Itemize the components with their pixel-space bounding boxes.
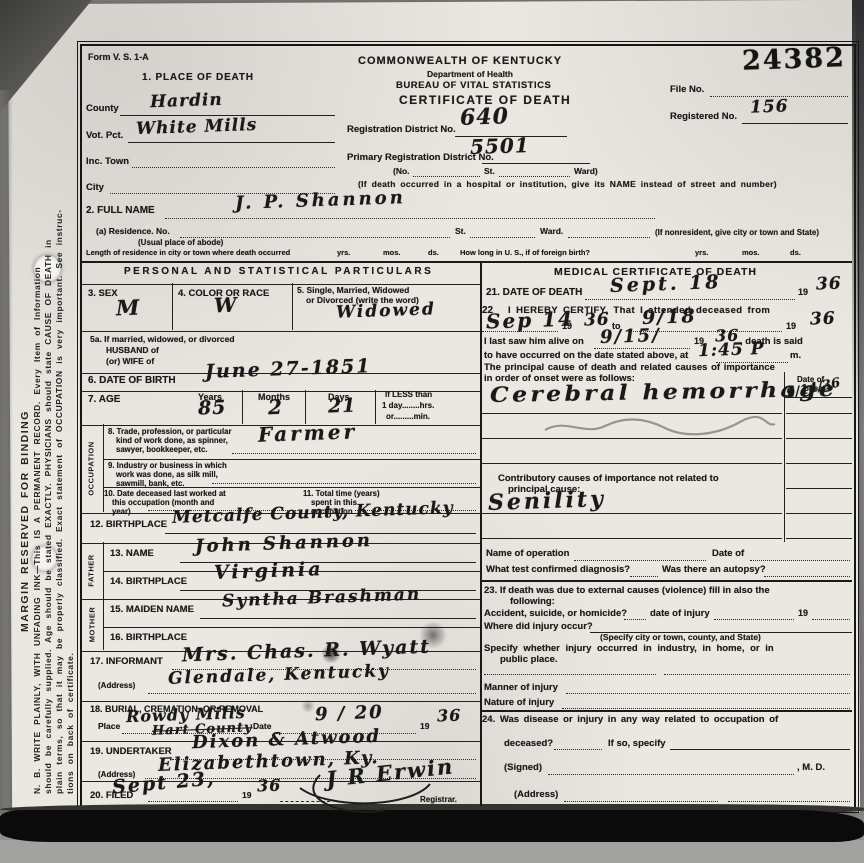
marital-label: 5. Single, Married, Widowed xyxy=(297,285,409,295)
trade-label3: sawyer, bookkeeper, etc. xyxy=(116,445,207,454)
age-years-value: 85 xyxy=(198,397,227,420)
rule xyxy=(728,800,850,802)
rule xyxy=(212,482,476,484)
meridiem-label: m. xyxy=(790,350,801,361)
rule xyxy=(484,673,656,675)
principal-cause-label1: The principal cause of death and related… xyxy=(484,362,775,373)
precinct-value: White Mills xyxy=(136,115,258,139)
age-less-label3: or.........min. xyxy=(386,412,430,421)
time-of-death-value: 1:45 P xyxy=(698,339,765,361)
rule xyxy=(566,692,850,694)
hospital-note: (If death occurred in a hospital or inst… xyxy=(358,179,777,189)
rule xyxy=(103,598,105,650)
rule xyxy=(480,709,852,712)
rule xyxy=(750,559,850,561)
rule xyxy=(413,175,480,177)
margin-nb-line: should be carefully supplied. Age should… xyxy=(43,67,54,802)
father-name-label: 13. NAME xyxy=(110,548,154,559)
industry-label3: sawmill, bank, etc. xyxy=(116,479,184,488)
rule xyxy=(554,748,602,750)
to-year-prefix: 19 xyxy=(786,321,796,331)
rule xyxy=(128,141,335,143)
section-divider xyxy=(80,260,852,263)
signed-label: (Signed) xyxy=(504,762,542,773)
manner-of-injury-label: Manner of injury xyxy=(484,682,558,693)
test-label: What test confirmed diagnosis? xyxy=(486,564,630,575)
trade-label2: kind of work done, as spinner, xyxy=(116,436,228,445)
married-label1: 5a. If married, widowed, or divorced xyxy=(90,334,235,344)
last-worked-label2: this occupation (month and xyxy=(112,498,214,507)
hospital-ward-label: Ward) xyxy=(574,166,598,176)
registrar-label: Registrar. xyxy=(420,795,457,804)
informant-address-label: (Address) xyxy=(98,681,135,690)
nonresident-note: (If nonresident, give city or town and S… xyxy=(655,228,819,237)
abode-note: (Usual place of abode) xyxy=(138,238,223,247)
scan-edge-shadow xyxy=(0,90,13,814)
registration-district-value: 640 xyxy=(460,103,510,131)
contributory-value: Senility xyxy=(488,486,607,516)
married-label3: (or) WIFE of xyxy=(106,356,154,366)
rule xyxy=(786,487,852,489)
rule xyxy=(375,390,377,424)
contributory-label1: Contributory causes of importance not re… xyxy=(498,473,719,484)
rule xyxy=(305,390,307,424)
residence-st-label: St. xyxy=(455,226,466,236)
personal-section-title: PERSONAL AND STATISTICAL PARTICULARS xyxy=(124,266,433,277)
certificate-stamp-number: 24382 xyxy=(741,42,846,77)
operation-date-label: Date of xyxy=(712,548,744,559)
rule xyxy=(664,673,850,675)
margin-nb-line: plain terms, so that it may be properly … xyxy=(54,67,65,802)
rule xyxy=(630,575,658,577)
rule xyxy=(148,692,476,694)
rule xyxy=(670,748,850,750)
rule xyxy=(292,283,294,330)
dob-label: 6. DATE OF BIRTH xyxy=(88,375,176,386)
age-days-value: 21 xyxy=(328,395,357,418)
rule xyxy=(480,579,852,582)
registration-district-label: Registration District No. xyxy=(347,124,456,135)
last-worked-label1: 10. Date deceased last worked at xyxy=(104,489,226,498)
physician-address-label: (Address) xyxy=(514,789,558,800)
married-label2: HUSBAND of xyxy=(106,345,159,355)
residence-ward-label: Ward. xyxy=(540,226,563,236)
mos-label: mos. xyxy=(742,248,760,257)
foreign-birth-label: How long in U. S., if of foreign birth? xyxy=(460,248,590,257)
age-less-label1: If LESS than xyxy=(385,390,432,399)
where-injury-label: Where did injury occur? xyxy=(484,621,593,632)
where-injury-note: (Specify city or town, county, and State… xyxy=(600,632,761,642)
city-label: City xyxy=(86,182,104,193)
rule xyxy=(812,618,850,620)
ds-label: ds. xyxy=(790,248,801,257)
last-saw-label: I last saw him alive on xyxy=(484,336,584,347)
filed-year-value: 36 xyxy=(257,776,282,796)
sex-value: M xyxy=(116,295,141,321)
filed-year-prefix: 19 xyxy=(242,790,251,800)
marital-value: Widowed xyxy=(336,299,436,322)
birthplace-label: 12. BIRTHPLACE xyxy=(90,519,167,530)
residence-label: (a) Residence. No. xyxy=(96,226,170,236)
occupation-vertical-label: OCCUPATION xyxy=(80,424,103,512)
rule xyxy=(624,618,646,620)
rule xyxy=(574,559,706,561)
rule xyxy=(786,412,852,414)
registered-no-value: 156 xyxy=(750,96,789,117)
nature-of-injury-label: Nature of injury xyxy=(484,697,554,708)
scanner-background xyxy=(0,840,864,863)
age-label: 7. AGE xyxy=(88,394,120,405)
industry-label1: 9. Industry or business in which xyxy=(108,461,227,470)
rule xyxy=(499,175,570,177)
burial-place-label: Place xyxy=(98,721,120,731)
occupation-question-label2: deceased? xyxy=(504,738,553,749)
hospital-st-label: St. xyxy=(484,166,495,176)
trade-value: Farmer xyxy=(258,419,358,446)
commonwealth-title: COMMONWEALTH OF KENTUCKY xyxy=(358,55,562,67)
rule xyxy=(80,330,480,332)
last-worked-label3: year) xyxy=(112,507,131,516)
ink-blot xyxy=(300,700,316,712)
margin-nb-line: N. B. WRITE PLAINLY, WITH UNFADING INK—T… xyxy=(32,67,43,802)
rule xyxy=(764,575,850,577)
hospital-no-label: (No. xyxy=(393,166,410,176)
rule xyxy=(482,537,782,539)
yrs-label: yrs. xyxy=(695,248,708,257)
accident-label: Accident, suicide, or homicide? xyxy=(484,608,627,619)
specify-label1: Specify whether injury occurred in indus… xyxy=(484,643,774,654)
primary-district-value: 5501 xyxy=(470,133,530,159)
md-label: , M. D. xyxy=(797,762,825,773)
rule xyxy=(585,298,795,300)
precinct-label: Vot. Pct. xyxy=(86,130,123,141)
form-number: Form V. S. 1-A xyxy=(88,52,149,62)
age-months-value: 2 xyxy=(268,395,284,420)
rule xyxy=(200,617,476,619)
mother-name-label: 15. MAIDEN NAME xyxy=(110,604,194,615)
rule xyxy=(148,800,238,802)
binding-margin-text: MARGIN RESERVED FOR BINDING N. B. WRITE … xyxy=(18,67,76,802)
file-no-label: File No. xyxy=(670,84,704,95)
death-year-prefix: 19 xyxy=(798,287,808,297)
county-value: Hardin xyxy=(150,90,223,113)
rule xyxy=(103,458,480,460)
rule xyxy=(232,452,476,454)
rule xyxy=(786,462,852,464)
burial-year-prefix: 19 xyxy=(420,721,429,731)
last-saw-value: 9/15/ xyxy=(600,325,661,348)
mother-birthplace-label: 16. BIRTHPLACE xyxy=(110,632,187,643)
death-certificate-scan: MARGIN RESERVED FOR BINDING N. B. WRITE … xyxy=(0,0,864,863)
industry-label2: work was done, as silk mill, xyxy=(116,470,218,479)
date-of-death-value: Sept. 18 xyxy=(610,271,722,297)
rule xyxy=(786,512,852,514)
external-causes-label2: following: xyxy=(510,596,555,607)
burial-date-value: 9 / 20 xyxy=(315,702,384,725)
rule xyxy=(103,424,105,512)
margin-nb-line: tions on back of certificate. xyxy=(65,67,76,802)
rule xyxy=(103,542,105,598)
date-of-death-year: 36 xyxy=(816,274,842,295)
inc-town-label: Inc. Town xyxy=(86,156,129,167)
bureau-subtitle: BUREAU OF VITAL STATISTICS xyxy=(396,80,551,91)
sex-label: 3. SEX xyxy=(88,288,118,299)
occurred-label: to have occurred on the date stated abov… xyxy=(484,350,688,361)
registered-no-label: Registered No. xyxy=(670,111,737,122)
father-birthplace-value: Virginia xyxy=(214,558,324,584)
rule xyxy=(742,122,848,124)
specify-label2: public place. xyxy=(500,654,558,665)
rule xyxy=(470,236,535,238)
injury-date-label: date of injury xyxy=(650,608,710,619)
occupation-question-label1: 24. Was disease or injury in any way rel… xyxy=(482,714,778,725)
margin-binding-line: MARGIN RESERVED FOR BINDING xyxy=(18,67,32,802)
operation-label: Name of operation xyxy=(486,548,569,559)
rule xyxy=(786,537,852,539)
attended-from-value: Sep 14 xyxy=(486,306,575,333)
rule xyxy=(564,800,718,802)
ds-label: ds. xyxy=(428,248,439,257)
mos-label: mos. xyxy=(383,248,401,257)
full-name-label: 2. FULL NAME xyxy=(86,205,155,216)
injury-year-prefix: 19 xyxy=(798,608,808,618)
rule xyxy=(242,390,244,424)
informant-label: 17. INFORMANT xyxy=(90,656,163,667)
rule xyxy=(568,236,650,238)
department-subtitle: Department of Health xyxy=(427,69,513,79)
mother-vertical-label: MOTHER xyxy=(80,598,103,650)
total-time-label1: 11. Total time (years) xyxy=(303,489,380,498)
autopsy-label: Was there an autopsy? xyxy=(662,564,766,575)
rule xyxy=(80,700,480,702)
rule xyxy=(80,283,480,285)
father-birthplace-label: 14. BIRTHPLACE xyxy=(110,576,187,587)
burial-year-value: 36 xyxy=(437,706,462,726)
race-value: W xyxy=(214,293,238,318)
rule xyxy=(165,217,655,219)
county-label: County xyxy=(86,103,119,114)
if-so-specify-label: If so, specify xyxy=(608,738,666,749)
date-of-death-label: 21. DATE OF DEATH xyxy=(486,287,582,298)
length-residence-label: Length of residence in city or town wher… xyxy=(86,248,290,257)
rule xyxy=(132,166,335,168)
place-of-death-title: 1. PLACE OF DEATH xyxy=(142,72,254,83)
rule xyxy=(172,283,174,330)
age-less-label2: 1 day........hrs. xyxy=(382,401,434,410)
father-vertical-label: FATHER xyxy=(80,542,103,598)
rule xyxy=(714,618,794,620)
pencil-scribble xyxy=(540,414,780,440)
trade-label1: 8. Trade, profession, or particular xyxy=(108,427,232,436)
rule xyxy=(482,462,782,464)
rule xyxy=(482,162,590,164)
rule xyxy=(786,437,852,439)
yrs-label: yrs. xyxy=(337,248,350,257)
attended-to-year: 36 xyxy=(810,309,836,330)
external-causes-label1: 23. If death was due to external causes … xyxy=(484,585,770,596)
rule xyxy=(548,773,794,775)
